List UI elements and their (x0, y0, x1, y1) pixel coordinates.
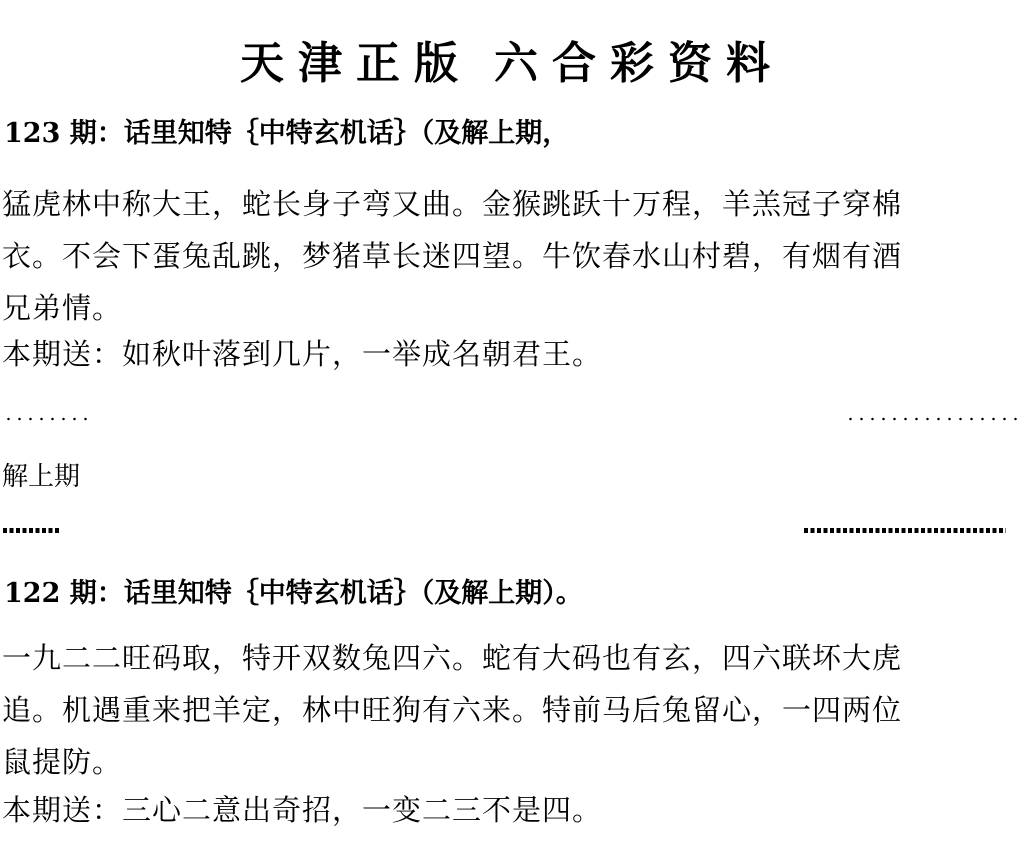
poem-line: 一九二二旺码取，特开双数兔四六。蛇有大码也有玄，四六联坏大虎 (2, 632, 1024, 684)
poem-line: 兄弟情。 (2, 282, 1024, 334)
dotted-divider-left (3, 417, 87, 421)
issue-heading: 123 期：话里知特｛中特玄机话｝（及解上期， (4, 116, 569, 152)
dotted-divider-right-bold (804, 528, 1006, 533)
previous-issue-label: 解上期 (2, 460, 80, 494)
issue-poem: 一九二二旺码取，特开双数兔四六。蛇有大码也有玄，四六联坏大虎 追。机遇重来把羊定… (2, 632, 1024, 788)
poem-line: 鼠提防。 (2, 736, 1024, 788)
issue-gift-line: 本期送：三心二意出奇招，一变二三不是四。 (2, 790, 602, 830)
title-part-1: 天津正版 (240, 38, 472, 89)
document-title: 天津正版六合彩资料 (0, 34, 1024, 94)
poem-line: 追。机遇重来把羊定，林中旺狗有六来。特前马后兔留心，一四两位 (2, 684, 1024, 736)
poem-line: 衣。不会下蛋兔乱跳，梦猪草长迷四望。牛饮春水山村碧，有烟有酒 (2, 230, 1024, 282)
issue-heading: 122 期：话里知特｛中特玄机话｝（及解上期）。 (4, 576, 583, 612)
issue-poem: 猛虎林中称大王，蛇长身子弯又曲。金猴跳跃十万程，羊羔冠子穿棉 衣。不会下蛋兔乱跳… (2, 178, 1024, 334)
issue-gift-line: 本期送：如秋叶落到几片，一举成名朝君王。 (2, 334, 602, 374)
dotted-divider-left-bold (3, 528, 59, 533)
dotted-divider-right (845, 417, 1024, 421)
poem-line: 猛虎林中称大王，蛇长身子弯又曲。金猴跳跃十万程，羊羔冠子穿棉 (2, 178, 1024, 230)
title-part-2: 六合彩资料 (494, 38, 784, 89)
